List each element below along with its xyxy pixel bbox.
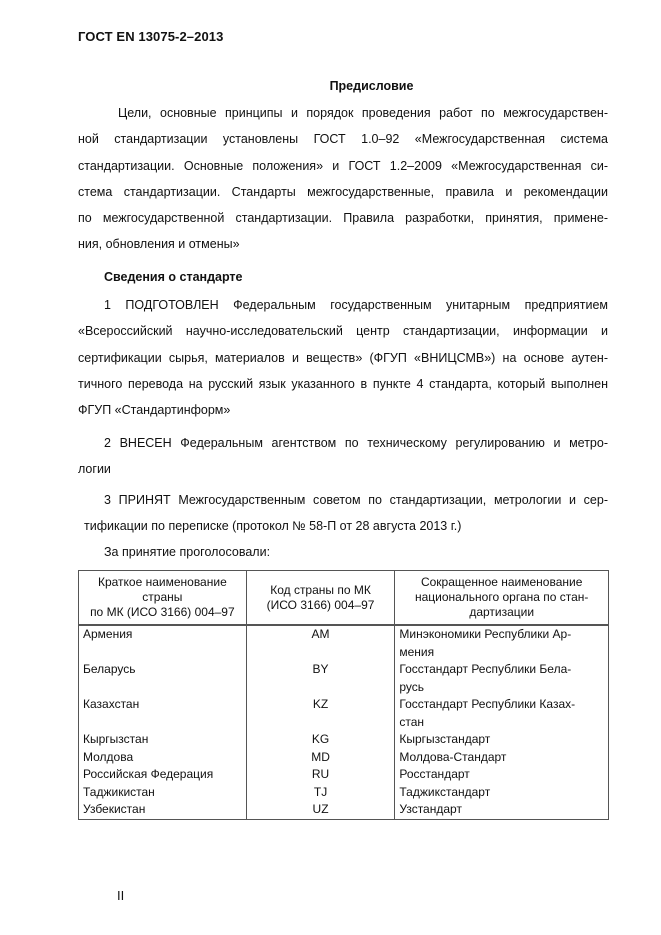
text-line: тичного перевода на русский язык указанн… — [78, 371, 608, 397]
cell-country: Кыргызстан — [79, 731, 247, 749]
cell-national-body: Узстандарт — [395, 801, 609, 819]
table-header-row: Краткое наименование страны по МК (ИСО 3… — [79, 571, 609, 626]
table-row: БеларусьBYГосстандарт Республики Бела-ру… — [79, 661, 609, 696]
foreword-intro: Цели, основные принципы и порядок провед… — [78, 100, 608, 258]
text-line: ной стандартизации установлены ГОСТ 1.0–… — [78, 126, 608, 152]
text-line: сертификации сырья, материалов и веществ… — [78, 345, 608, 371]
member-states-table: Краткое наименование страны по МК (ИСО 3… — [78, 570, 609, 820]
cell-national-body: Росстандарт — [395, 766, 609, 784]
cell-line: стан — [399, 714, 604, 732]
cell-code: KG — [246, 731, 395, 749]
table-row: Российская ФедерацияRUРосстандарт — [79, 766, 609, 784]
cell-code: TJ — [246, 784, 395, 802]
cell-line: мения — [399, 644, 604, 662]
item-1-prepared: 1 ПОДГОТОВЛЕН Федеральным государственны… — [78, 292, 608, 423]
cell-code: KZ — [246, 696, 395, 731]
header-line: Код страны по МК — [251, 583, 391, 598]
cell-line: Узстандарт — [399, 801, 604, 819]
cell-country: Казахстан — [79, 696, 247, 731]
cell-line: Молдова-Стандарт — [399, 749, 604, 767]
table-body: АрменияAMМинэкономики Республики Ар-мени… — [79, 625, 609, 819]
header-national-body: Сокращенное наименование национального о… — [395, 571, 609, 626]
header-line: Краткое наименование — [83, 575, 242, 590]
cell-national-body: Кыргызстандарт — [395, 731, 609, 749]
cell-national-body: Таджикстандарт — [395, 784, 609, 802]
cell-country: Молдова — [79, 749, 247, 767]
cell-country: Армения — [79, 625, 247, 661]
item-3-adopted: 3 ПРИНЯТ Межгосударственным советом по с… — [78, 487, 608, 540]
text-line: логии — [78, 456, 608, 482]
cell-country: Узбекистан — [79, 801, 247, 819]
text-line: стандартизации. Основные положения» и ГО… — [78, 153, 608, 179]
cell-line: Госстандарт Республики Казах- — [399, 696, 604, 714]
cell-country: Таджикистан — [79, 784, 247, 802]
header-line: национального органа по стан- — [399, 590, 604, 605]
table-row: АрменияAMМинэкономики Республики Ар-мени… — [79, 625, 609, 661]
cell-line: Кыргызстандарт — [399, 731, 604, 749]
header-line: дартизации — [399, 605, 604, 620]
text-line: стема стандартизации. Стандарты межгосуд… — [78, 179, 608, 205]
cell-code: AM — [246, 625, 395, 661]
cell-code: BY — [246, 661, 395, 696]
foreword-title: Предисловие — [0, 79, 661, 93]
cell-code: RU — [246, 766, 395, 784]
item-2-introduced: 2 ВНЕСЕН Федеральным агентством по техни… — [78, 430, 608, 483]
foreword-title-text: Предисловие — [330, 79, 414, 93]
header-country-code: Код страны по МК (ИСО 3166) 004–97 — [246, 571, 395, 626]
header-line: (ИСО 3166) 004–97 — [251, 598, 391, 613]
text-line: «Всероссийский научно-исследовательский … — [78, 318, 608, 344]
cell-national-body: Госстандарт Республики Казах-стан — [395, 696, 609, 731]
cell-code: UZ — [246, 801, 395, 819]
text-line: 2 ВНЕСЕН Федеральным агентством по техни… — [78, 430, 608, 456]
header-line: Сокращенное наименование — [399, 575, 604, 590]
header-line: по МК (ИСО 3166) 004–97 — [83, 605, 242, 620]
text-line: ФГУП «Стандартинформ» — [78, 397, 608, 423]
text-line: ния, обновления и отмены» — [78, 231, 608, 257]
cell-line: русь — [399, 679, 604, 697]
cell-national-body: Госстандарт Республики Бела-русь — [395, 661, 609, 696]
cell-line: Госстандарт Республики Бела- — [399, 661, 604, 679]
cell-country: Российская Федерация — [79, 766, 247, 784]
cell-code: MD — [246, 749, 395, 767]
text-line: по межгосударственной стандартизации. Пр… — [78, 205, 608, 231]
table-row: ТаджикистанTJТаджикстандарт — [79, 784, 609, 802]
standard-info-title: Сведения о стандарте — [104, 270, 243, 284]
page-number: II — [117, 888, 124, 903]
cell-line: Таджикстандарт — [399, 784, 604, 802]
text-line: 1 ПОДГОТОВЛЕН Федеральным государственны… — [78, 292, 608, 318]
cell-country: Беларусь — [79, 661, 247, 696]
table-row: МолдоваMDМолдова-Стандарт — [79, 749, 609, 767]
cell-national-body: Молдова-Стандарт — [395, 749, 609, 767]
text-line: 3 ПРИНЯТ Межгосударственным советом по с… — [78, 487, 608, 513]
cell-line: Росстандарт — [399, 766, 604, 784]
vote-label: За принятие проголосовали: — [104, 545, 270, 559]
cell-line: Минэкономики Республики Ар- — [399, 626, 604, 644]
standard-id: ГОСТ EN 13075-2–2013 — [78, 29, 223, 44]
text-line: Цели, основные принципы и порядок провед… — [78, 100, 608, 126]
table-row: УзбекистанUZУзстандарт — [79, 801, 609, 819]
text-line: тификации по переписке (протокол № 58-П … — [78, 513, 608, 539]
table-row: КазахстанKZГосстандарт Республики Казах-… — [79, 696, 609, 731]
cell-national-body: Минэкономики Республики Ар-мения — [395, 625, 609, 661]
table-row: КыргызстанKGКыргызстандарт — [79, 731, 609, 749]
header-line: страны — [83, 590, 242, 605]
header-country-name: Краткое наименование страны по МК (ИСО 3… — [79, 571, 247, 626]
